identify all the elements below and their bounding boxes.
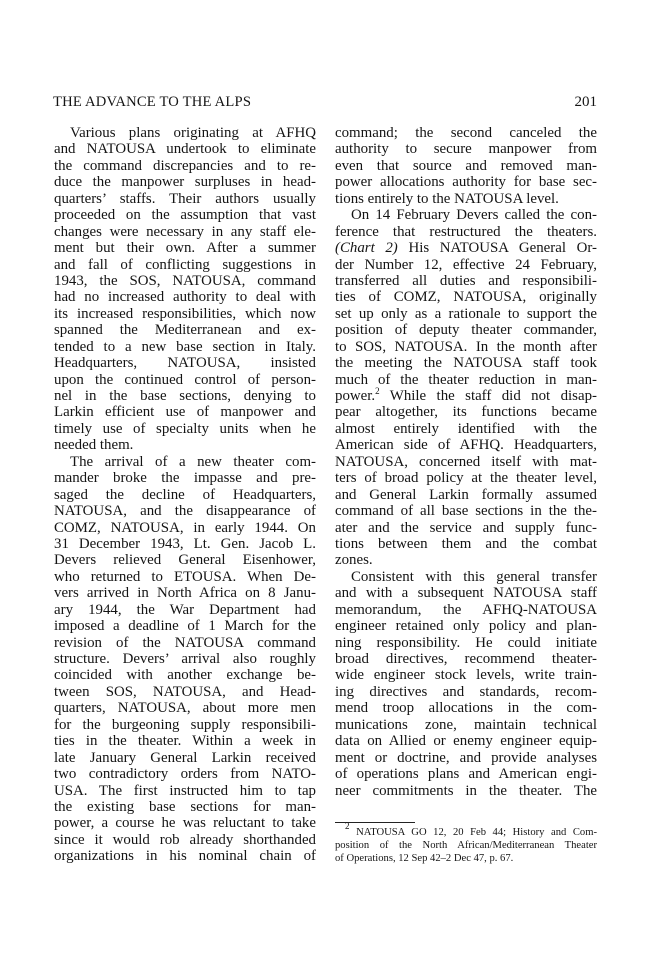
text-line: NATOUSA, and the disappearance of: [54, 503, 316, 519]
text-line: broad directives, recommend theater-: [335, 651, 597, 667]
text-line: vers arrived in North Africa on 8 Janu-: [54, 585, 316, 601]
text-line: NATOUSA, concerned itself with mat-: [335, 454, 597, 470]
text-line: der Number 12, effective 24 February,: [335, 257, 597, 273]
text-line: its increased responsibilities, which no…: [54, 306, 316, 322]
text-line: tions between them and the combat: [335, 536, 597, 552]
text-line: ference that restructured the theaters.: [335, 224, 597, 240]
text-line: ary 1944, the War Department had: [54, 602, 316, 618]
footnote-number: 2: [345, 821, 350, 831]
text-line: power.2 While the staff did not disap-: [335, 388, 597, 404]
text-line: power, a course he was reluctant to take: [54, 815, 316, 831]
text-line: structure. Devers’ arrival also roughly: [54, 651, 316, 667]
page-number: 201: [575, 94, 598, 111]
text-line: to SOS, NATOUSA. In the month after: [335, 339, 597, 355]
text-line: ties of COMZ, NATOUSA, originally: [335, 289, 597, 305]
text-line: position of deputy theater commander,: [335, 322, 597, 338]
text-line: quarters’ staffs. Their authors usually: [54, 191, 316, 207]
text-line: command of all base sections in the the-: [335, 503, 597, 519]
text-line: ters of broad policy at the theater leve…: [335, 470, 597, 486]
text-line: Headquarters, NATOUSA, insisted: [54, 355, 316, 371]
text-line: spanned the Mediterranean and ex-: [54, 322, 316, 338]
text-line: ties in the theater. Within a week in: [54, 733, 316, 749]
text-line: Devers relieved General Eisenhower,: [54, 552, 316, 568]
text-line: and NATOUSA undertook to eliminate: [54, 141, 316, 157]
text-line: upon the continued control of person-: [54, 372, 316, 388]
text-line: had no increased authority to deal with: [54, 289, 316, 305]
text-line: changes were necessary in any staff ele-: [54, 224, 316, 240]
text-line: pear altogether, its functions became: [335, 404, 597, 420]
text-line: needed them.: [54, 437, 316, 453]
text-line: of operations plans and American engi-: [335, 766, 597, 782]
text-line: 1943, the SOS, NATOUSA, command: [54, 273, 316, 289]
text-line: tions entirely to the NATOUSA level.: [335, 191, 597, 207]
text-line: engineer retained only policy and plan-: [335, 618, 597, 634]
text-line: Various plans originating at AFHQ: [54, 125, 316, 141]
text-line: timely use of specialty units when he: [54, 421, 316, 437]
text-line: COMZ, NATOUSA, in early 1944. On: [54, 520, 316, 536]
text-line: saged the decline of Headquarters,: [54, 487, 316, 503]
text-line: data on Allied or enemy engineer equip-: [335, 733, 597, 749]
text-line: wide engineer stock levels, write train-: [335, 667, 597, 683]
text-line: late January General Larkin received: [54, 750, 316, 766]
text-line: power allocations authority for base sec…: [335, 174, 597, 190]
text-line: organizations in his nominal chain of: [54, 848, 316, 864]
text-line: two contradictory orders from NATO-: [54, 766, 316, 782]
running-title: THE ADVANCE TO THE ALPS: [53, 94, 251, 111]
text-line: command; the second canceled the: [335, 125, 597, 141]
text-line: the command discrepancies and to re-: [54, 158, 316, 174]
text-line: (Chart 2) His NATOUSA General Or-: [335, 240, 597, 256]
text-line: mander broke the impasse and pre-: [54, 470, 316, 486]
text-line: mend troop allocations in the com-: [335, 700, 597, 716]
text-line: ing directives and standards, recom-: [335, 684, 597, 700]
text-line: Larkin efficient use of manpower and: [54, 404, 316, 420]
text-line: USA. The first instructed him to tap: [54, 783, 316, 799]
text-line: authority to secure manpower from: [335, 141, 597, 157]
text-line: duce the manpower surpluses in head-: [54, 174, 316, 190]
footnote-line: position of the North African/Mediterran…: [335, 839, 597, 852]
footnote-marker[interactable]: 2: [375, 386, 380, 396]
footnote-line: of Operations, 12 Sep 42–2 Dec 47, p. 67…: [335, 852, 597, 865]
text-line: the meeting the NATOUSA staff took: [335, 355, 597, 371]
text-line: proceeded on the assumption that vast: [54, 207, 316, 223]
text-line: and with a subsequent NATOUSA staff: [335, 585, 597, 601]
text-line: munications zone, maintain technical: [335, 717, 597, 733]
footnote: 2 NATOUSA GO 12, 20 Feb 44; History and …: [335, 826, 597, 866]
right-column: command; the second canceled the authori…: [335, 125, 597, 799]
text-line: nel in the base sections, denying to: [54, 388, 316, 404]
text-line: neer commitments in the theater. The: [335, 783, 597, 799]
text-line: and General Larkin formally assumed: [335, 487, 597, 503]
text-line: ment but their own. After a summer: [54, 240, 316, 256]
running-head: THE ADVANCE TO THE ALPS 201: [53, 94, 597, 112]
text-line: 31 December 1943, Lt. Gen. Jacob L.: [54, 536, 316, 552]
text-line: quarters, NATOUSA, about more men: [54, 700, 316, 716]
text-line: who returned to ETOUSA. When De-: [54, 569, 316, 585]
text-line: for the burgeoning supply responsibili-: [54, 717, 316, 733]
text-line: American side of AFHQ. Headquarters,: [335, 437, 597, 453]
text-line: On 14 February Devers called the con-: [335, 207, 597, 223]
chart-reference[interactable]: (Chart 2): [335, 240, 398, 256]
text-line: almost entirely identified with the: [335, 421, 597, 437]
text-line: ment or doctrine, and provide analyses: [335, 750, 597, 766]
text-line: ning responsibility. He could initiate: [335, 635, 597, 651]
text-line: since it would rob already shorthanded: [54, 832, 316, 848]
text-line: Consistent with this general transfer: [335, 569, 597, 585]
text-line: even that source and removed man-: [335, 158, 597, 174]
text-line: memorandum, the AFHQ-NATOUSA: [335, 602, 597, 618]
text-line: zones.: [335, 552, 597, 568]
text-line: set up only as a rationale to support th…: [335, 306, 597, 322]
text-line: tween SOS, NATOUSA, and Head-: [54, 684, 316, 700]
text-line: and fall of conflicting suggestions in: [54, 257, 316, 273]
footnote-line: 2 NATOUSA GO 12, 20 Feb 44; History and …: [335, 826, 597, 839]
text-line: revision of the NATOUSA command: [54, 635, 316, 651]
text-line: the existing base sections for man-: [54, 799, 316, 815]
text-line: ater and the service and supply func-: [335, 520, 597, 536]
text-line: The arrival of a new theater com-: [54, 454, 316, 470]
text-line: coincided with another exchange be-: [54, 667, 316, 683]
text-line: tended to a new base section in Italy.: [54, 339, 316, 355]
left-column: Various plans originating at AFHQ and NA…: [54, 125, 316, 865]
text-line: imposed a deadline of 1 March for the: [54, 618, 316, 634]
text-line: transferred all duties and responsibili-: [335, 273, 597, 289]
